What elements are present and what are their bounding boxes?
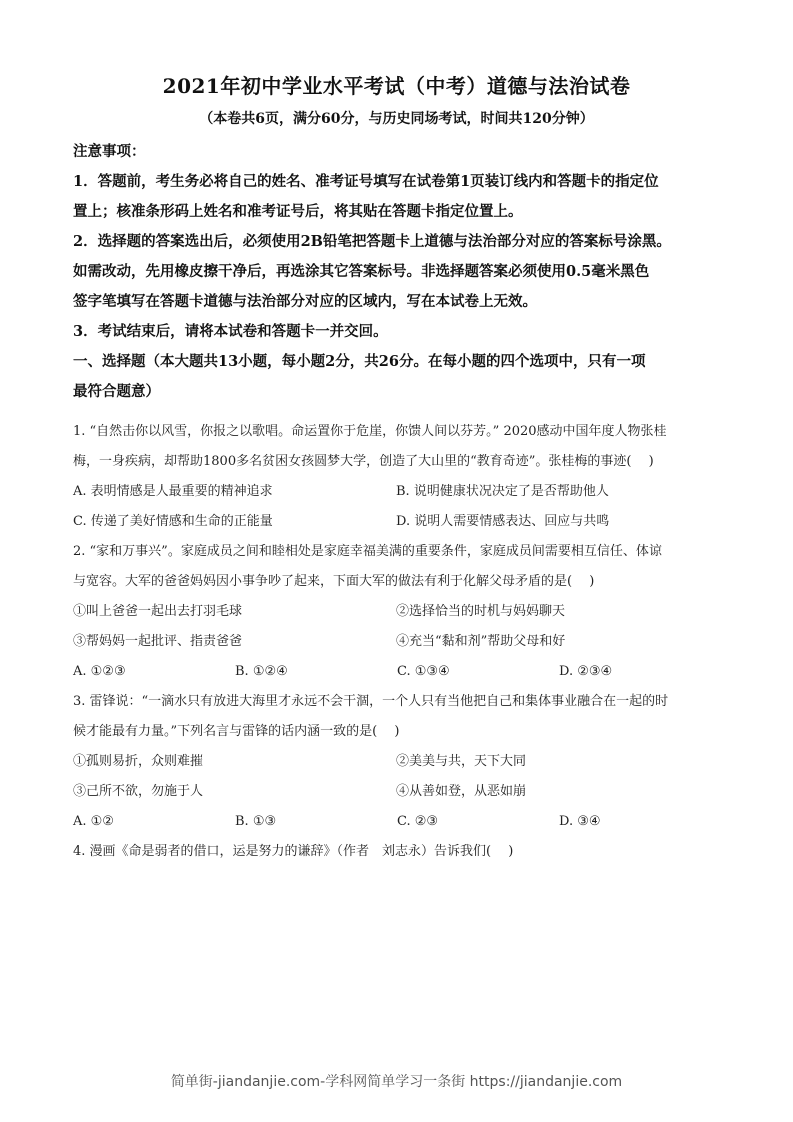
- note-line: 3．考试结束后，请将本试卷和答题卡一并交回。: [73, 316, 733, 346]
- option-d: D. 说明人需要情感表达、回应与共鸣: [396, 507, 719, 537]
- notes-section: 注意事项： 1．答题前，考生务必将自己的姓名、准考证号填写在试卷第1页装订线内和…: [73, 136, 733, 406]
- question-3: 3. 雷锋说：“一滴水只有放进大海里才永远不会干涸，一个人只有当他把自己和集体事…: [73, 687, 733, 837]
- item-1: ①叫上爸爸一起出去打羽毛球: [73, 597, 396, 627]
- item-2: ②选择恰当的时机与妈妈聊天: [396, 597, 719, 627]
- question-2: 2. “家和万事兴”。家庭成员之间和睦相处是家庭幸福美满的重要条件，家庭成员间需…: [73, 537, 733, 687]
- option-a: A. 表明情感是人最重要的精神追求: [73, 477, 396, 507]
- question-text: 2. “家和万事兴”。家庭成员之间和睦相处是家庭幸福美满的重要条件，家庭成员间需…: [73, 537, 733, 567]
- questions: 1. “自然击你以风雪，你报之以歌唱。命运置你于危崖，你馈人间以芬芳。” 202…: [73, 417, 733, 867]
- note-line: 1．答题前，考生务必将自己的姓名、准考证号填写在试卷第1页装订线内和答题卡的指定…: [73, 166, 733, 196]
- item-1: ①孤则易折，众则难摧: [73, 747, 396, 777]
- section-heading-cont: 最符合题意）: [73, 376, 733, 406]
- question-text: 4. 漫画《命是弱者的借口，运是努力的谦辞》（作者 刘志永）告诉我们( ): [73, 837, 733, 867]
- option-a: A. ①②③: [73, 657, 235, 687]
- item-4: ④充当“黏和剂”帮助父母和好: [396, 627, 719, 657]
- question-text: 梅，一身疾病，却帮助1800多名贫困女孩圆梦大学，创造了大山里的“教育奇迹”。张…: [73, 447, 733, 477]
- item-row: ③己所不欲，勿施于人 ④从善如登，从恶如崩: [73, 777, 733, 807]
- page-subtitle: （本卷共6页，满分60分，与历史同场考试，时间共120分钟）: [0, 108, 793, 128]
- note-line: 签字笔填写在答题卡道德与法治部分对应的区域内，写在本试卷上无效。: [73, 286, 733, 316]
- question-text: 与宽容。大军的爸爸妈妈因小事争吵了起来，下面大军的做法有利于化解父母矛盾的是( …: [73, 567, 733, 597]
- item-row: ③帮妈妈一起批评、指责爸爸 ④充当“黏和剂”帮助父母和好: [73, 627, 733, 657]
- option-c: C. ②③: [397, 807, 559, 837]
- watermark-footer: 简单街-jiandanjie.com-学科网简单学习一条街 https://ji…: [0, 1071, 793, 1091]
- option-b: B. ①③: [235, 807, 397, 837]
- item-row: ①孤则易折，众则难摧 ②美美与共，天下大同: [73, 747, 733, 777]
- option-a: A. ①②: [73, 807, 235, 837]
- option-row: C. 传递了美好情感和生命的正能量 D. 说明人需要情感表达、回应与共鸣: [73, 507, 733, 537]
- item-3: ③帮妈妈一起批评、指责爸爸: [73, 627, 396, 657]
- note-line: 2．选择题的答案选出后，必须使用2B铅笔把答题卡上道德与法治部分对应的答案标号涂…: [73, 226, 733, 256]
- option-c: C. ①③④: [397, 657, 559, 687]
- question-1: 1. “自然击你以风雪，你报之以歌唱。命运置你于危崖，你馈人间以芬芳。” 202…: [73, 417, 733, 537]
- question-text: 3. 雷锋说：“一滴水只有放进大海里才永远不会干涸，一个人只有当他把自己和集体事…: [73, 687, 733, 717]
- question-4: 4. 漫画《命是弱者的借口，运是努力的谦辞》（作者 刘志永）告诉我们( ): [73, 837, 733, 867]
- option-d: D. ③④: [559, 807, 721, 837]
- page-title: 2021年初中学业水平考试（中考）道德与法治试卷: [0, 70, 793, 99]
- option-row: A. 表明情感是人最重要的精神追求 B. 说明健康状况决定了是否帮助他人: [73, 477, 733, 507]
- option-row: A. ①②③ B. ①②④ C. ①③④ D. ②③④: [73, 657, 733, 687]
- item-3: ③己所不欲，勿施于人: [73, 777, 396, 807]
- item-row: ①叫上爸爸一起出去打羽毛球 ②选择恰当的时机与妈妈聊天: [73, 597, 733, 627]
- option-b: B. ①②④: [235, 657, 397, 687]
- option-row: A. ①② B. ①③ C. ②③ D. ③④: [73, 807, 733, 837]
- option-d: D. ②③④: [559, 657, 721, 687]
- note-line: 如需改动，先用橡皮擦干净后，再选涂其它答案标号。非选择题答案必须使用0.5毫米黑…: [73, 256, 733, 286]
- question-text: 候才能最有力量。”下列名言与雷锋的话内涵一致的是( ): [73, 717, 733, 747]
- notes-heading: 注意事项：: [73, 136, 733, 166]
- option-c: C. 传递了美好情感和生命的正能量: [73, 507, 396, 537]
- note-line: 置上；核准条形码上姓名和准考证号后，将其贴在答题卡指定位置上。: [73, 196, 733, 226]
- item-4: ④从善如登，从恶如崩: [396, 777, 719, 807]
- section-heading: 一、选择题（本大题共13小题，每小题2分，共26分。在每小题的四个选项中，只有一…: [73, 346, 733, 376]
- option-b: B. 说明健康状况决定了是否帮助他人: [396, 477, 719, 507]
- item-2: ②美美与共，天下大同: [396, 747, 719, 777]
- question-text: 1. “自然击你以风雪，你报之以歌唱。命运置你于危崖，你馈人间以芬芳。” 202…: [73, 417, 733, 447]
